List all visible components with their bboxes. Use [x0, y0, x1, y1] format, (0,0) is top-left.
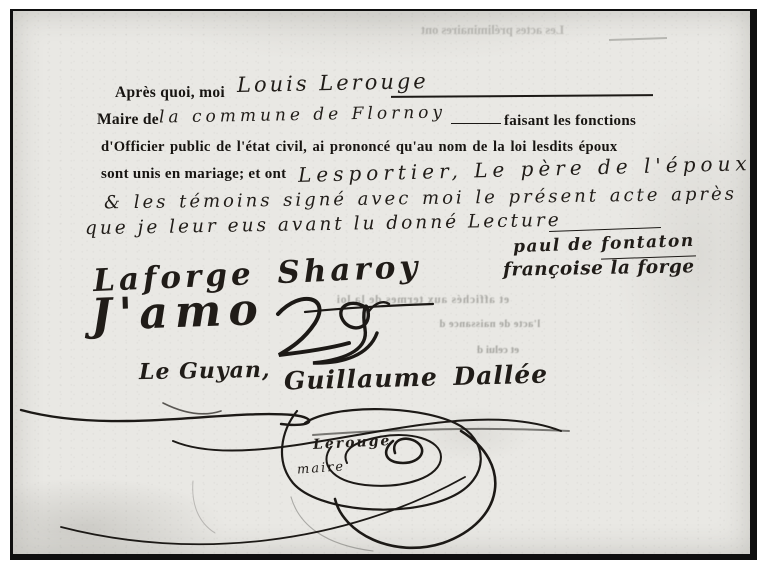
printed-officier-public: d'Officier public de l'état civil, ai pr… — [101, 139, 617, 156]
signature-lerouge-name: Lerouge — [313, 433, 392, 453]
signature-francoise-la-forge: françoise la forge — [503, 256, 695, 280]
scanned-register-page: Les actes préliminaires ont et affichés … — [10, 9, 757, 560]
signature-le-guyan: Le Guyan, — [139, 357, 271, 385]
rule-line-3 — [549, 227, 661, 232]
bleedthrough-top-line: Les actes préliminaires ont — [421, 23, 564, 38]
printed-maire-de: Maire de — [97, 111, 159, 129]
bleedthrough-mid-line-3: et celui d — [477, 344, 519, 356]
handwritten-commune: la commune de Flornoy — [159, 102, 446, 127]
handwritten-line6: que je leur eus avant lu donné Lecture — [85, 210, 562, 239]
handwritten-line4: Lesportier, Le père de l'époux — [298, 151, 752, 187]
rule-line-2 — [451, 123, 501, 124]
signature-jamo: J'amo — [90, 284, 265, 341]
printed-unis-en-mariage: sont unis en mariage; et ont — [101, 166, 286, 183]
bleedthrough-mid-line-1: et affichés aux termes de la loi — [336, 294, 509, 306]
bleedthrough-mid-line-2: l'acte de naissance d — [439, 319, 540, 330]
bleedthrough-dash — [609, 37, 667, 41]
rule-line-1 — [391, 94, 653, 98]
signature-paul-de-fontaton: paul de fontaton — [513, 231, 695, 257]
signature-lerouge-title: maire — [297, 459, 346, 477]
signature-guillaume-dallee: Guillaume Dallée — [284, 360, 549, 396]
printed-apres-quoi: Après quoi, moi — [115, 84, 225, 102]
handwritten-officiant-name: Louis Lerouge — [237, 69, 429, 97]
handwritten-line5: & les témoins signé avec moi le présent … — [104, 184, 737, 214]
printed-faisant-fonctions: faisant les fonctions — [504, 113, 636, 130]
document-page: Les actes préliminaires ont et affichés … — [0, 0, 769, 574]
